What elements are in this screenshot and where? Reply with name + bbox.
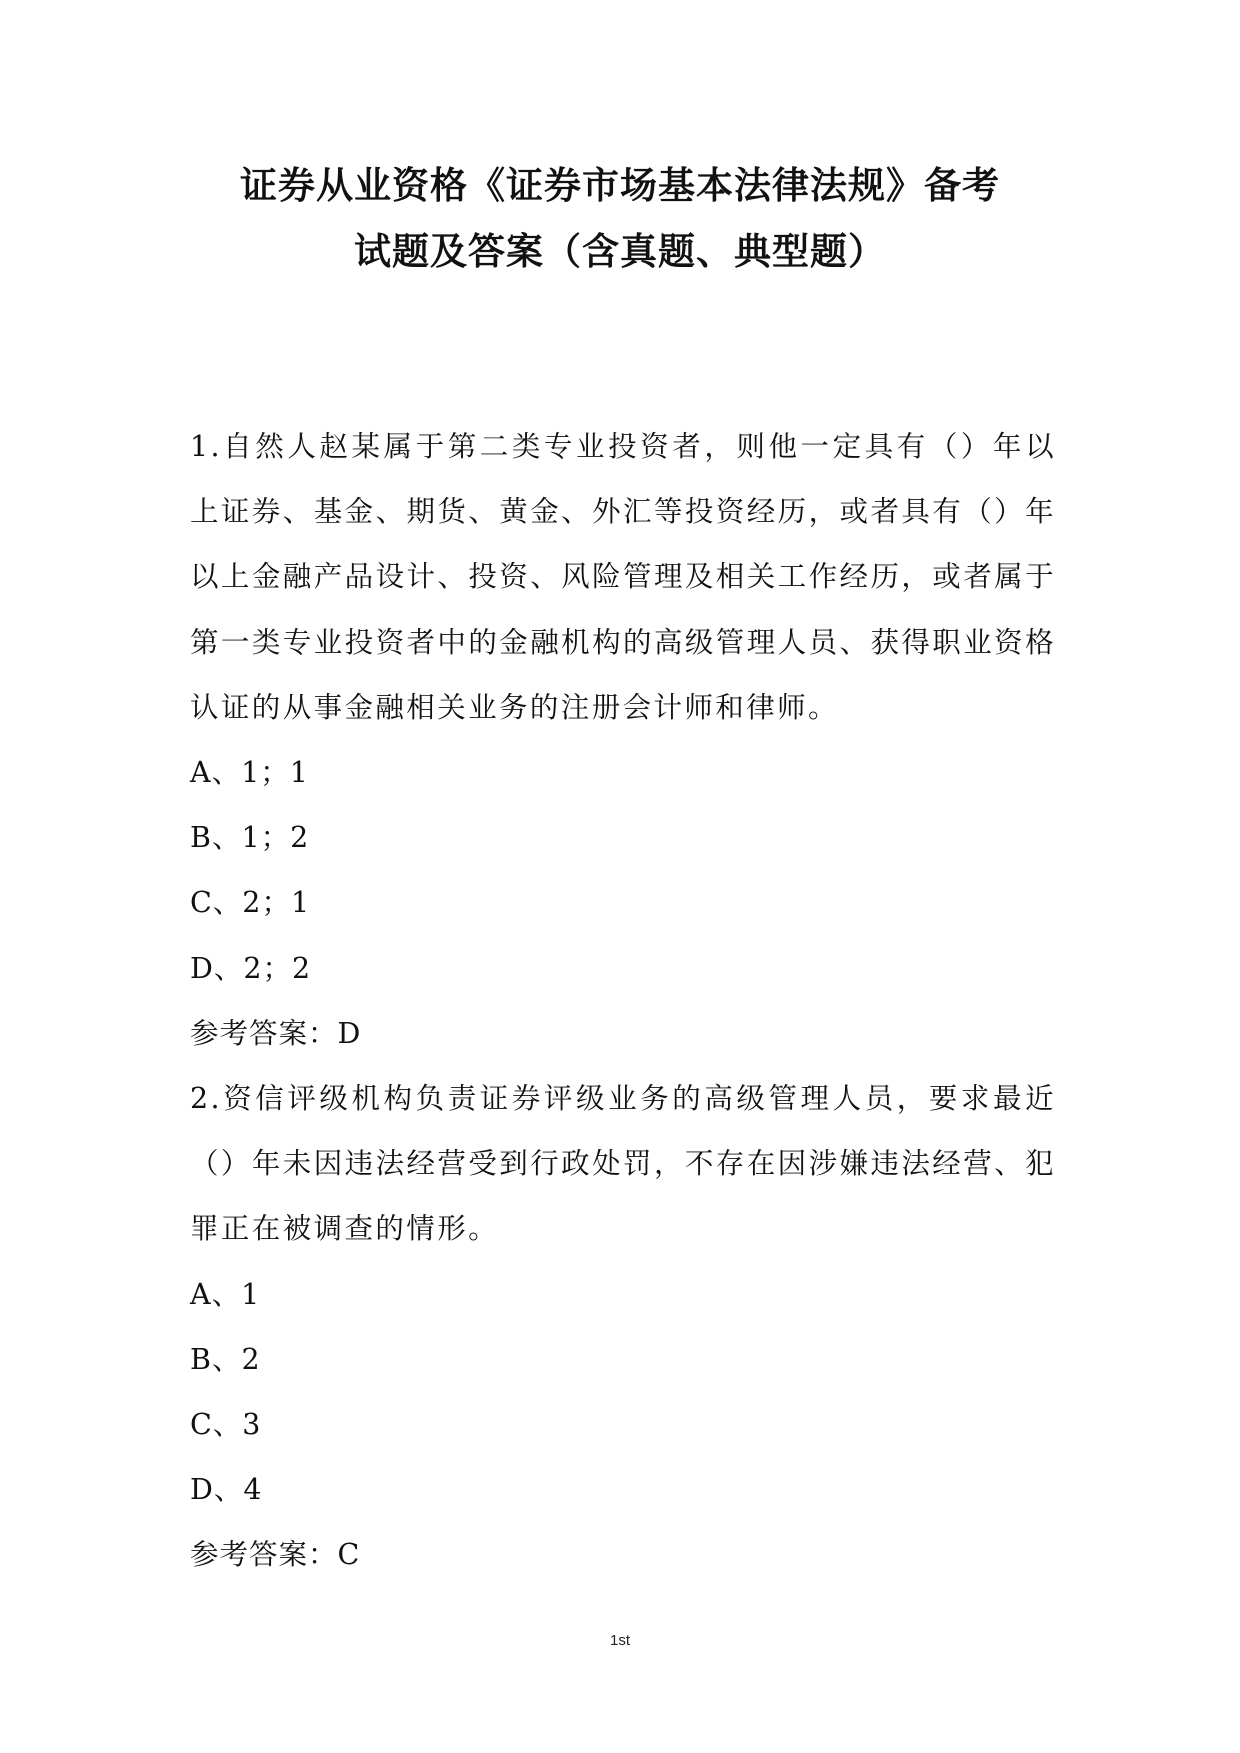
question-2-answer: 参考答案：C [190,1522,1056,1587]
question-2: 2.资信评级机构负责证券评级业务的高级管理人员，要求最近（）年未因违法经营受到行… [190,1066,1056,1588]
document-page: 证券从业资格《证券市场基本法律法规》备考 试题及答案（含真题、典型题） 1.自然… [0,0,1240,1753]
question-2-option-a: A、1 [190,1262,1056,1327]
question-1-text: 1.自然人赵某属于第二类专业投资者，则他一定具有（）年以上证券、基金、期货、黄金… [190,414,1056,740]
question-2-text: 2.资信评级机构负责证券评级业务的高级管理人员，要求最近（）年未因违法经营受到行… [190,1066,1056,1262]
question-1-answer: 参考答案：D [190,1001,1056,1066]
question-1: 1.自然人赵某属于第二类专业投资者，则他一定具有（）年以上证券、基金、期货、黄金… [190,414,1056,1066]
question-1-option-a: A、1；1 [190,740,1056,805]
question-1-option-b: B、1；2 [190,805,1056,870]
document-title: 证券从业资格《证券市场基本法律法规》备考 试题及答案（含真题、典型题） [180,152,1060,284]
page-number: 1st [0,1632,1240,1649]
title-line-2: 试题及答案（含真题、典型题） [180,218,1060,284]
question-1-option-d: D、2；2 [190,936,1056,1001]
question-2-option-b: B、2 [190,1327,1056,1392]
question-2-option-d: D、4 [190,1457,1056,1522]
question-1-option-c: C、2；1 [190,870,1056,935]
question-2-option-c: C、3 [190,1392,1056,1457]
document-body: 1.自然人赵某属于第二类专业投资者，则他一定具有（）年以上证券、基金、期货、黄金… [190,414,1056,1588]
title-line-1: 证券从业资格《证券市场基本法律法规》备考 [180,152,1060,218]
